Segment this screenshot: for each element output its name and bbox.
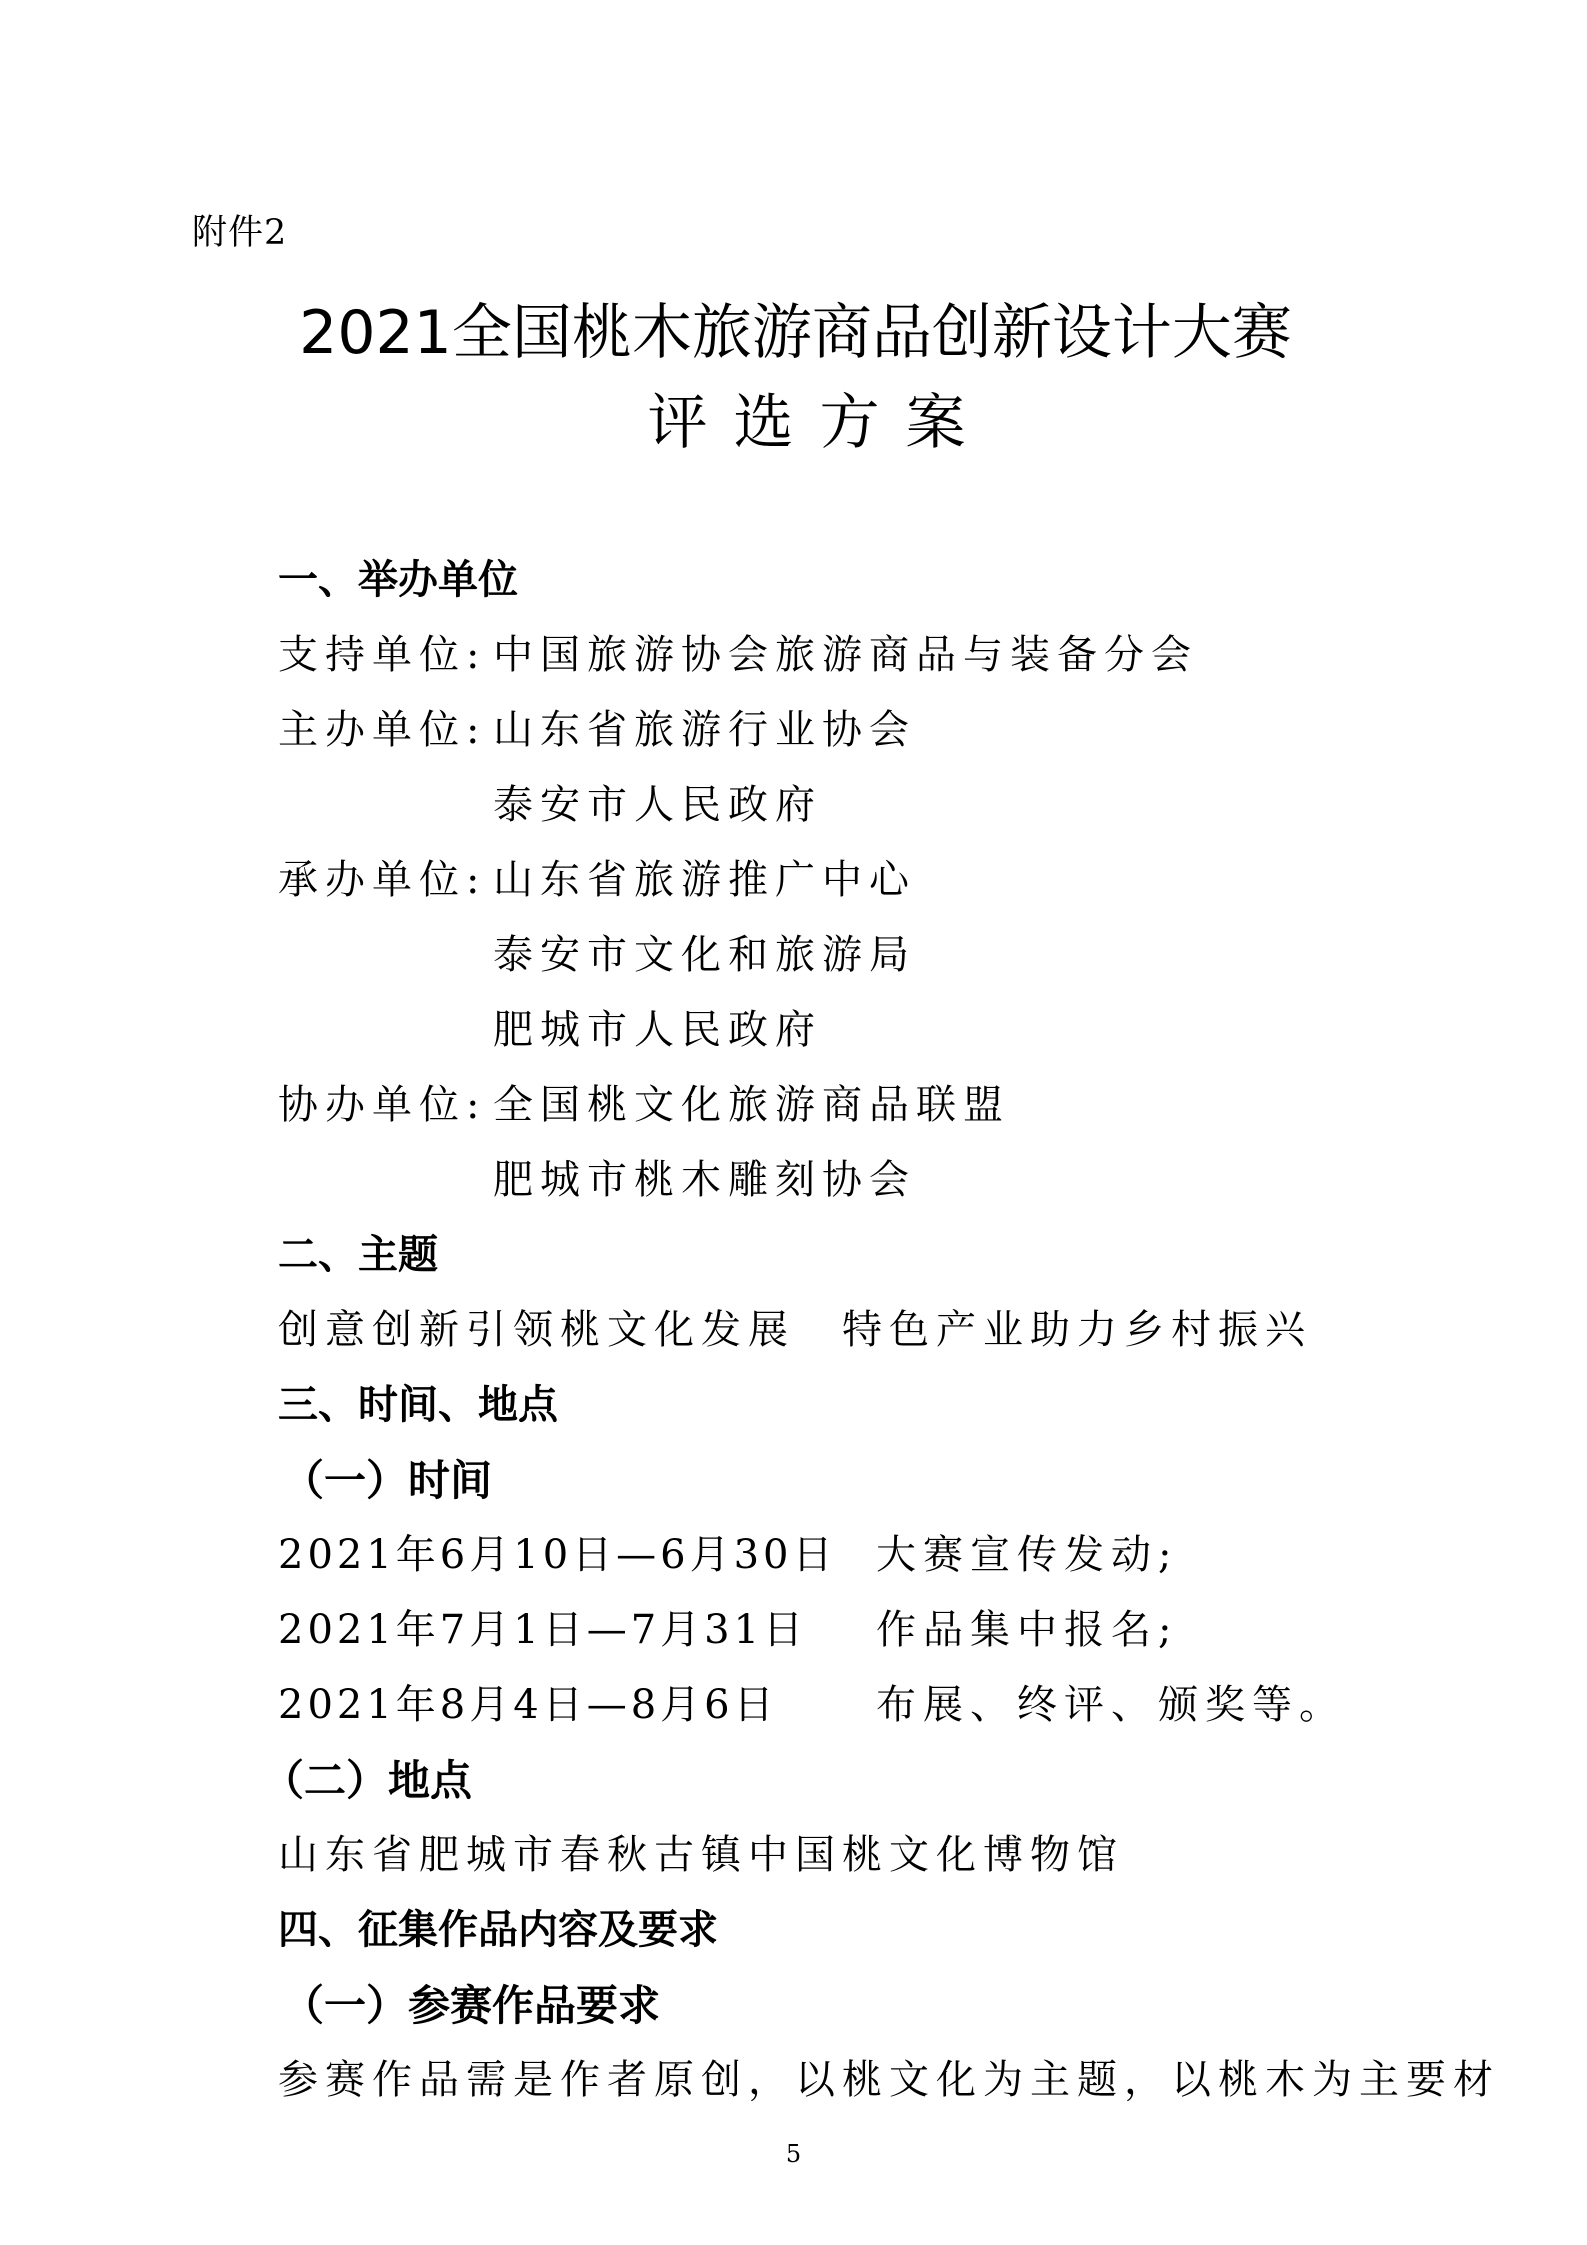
place-text: 山东省肥城市春秋古镇中国桃文化博物馆	[278, 1823, 1124, 1880]
undertake-unit-label: 承办单位:	[278, 848, 493, 905]
schedule-row: 2021年6月10日—6月30日大赛宣传发动;	[278, 1523, 1178, 1580]
assist-unit-value: 肥城市桃木雕刻协会	[493, 1148, 916, 1205]
host-unit-label: 主办单位:	[278, 698, 493, 755]
subheading-time: （一）时间	[282, 1448, 492, 1508]
undertake-unit-value: 泰安市文化和旅游局	[493, 923, 916, 980]
section-heading-theme: 二、主题	[278, 1223, 438, 1280]
schedule-event: 大赛宣传发动;	[876, 1532, 1178, 1578]
support-unit-value: 中国旅游协会旅游商品与装备分会	[493, 632, 1198, 678]
schedule-date: 2021年7月1日—7月31日	[278, 1598, 876, 1655]
support-unit-row: 支持单位:中国旅游协会旅游商品与装备分会	[278, 623, 1198, 680]
document-title: 2021全国桃木旅游商品创新设计大赛	[0, 285, 1587, 371]
page-number: 5	[0, 2140, 1587, 2168]
section-heading-works: 四、征集作品内容及要求	[278, 1898, 718, 1955]
host-unit-value: 泰安市人民政府	[493, 773, 822, 830]
assist-unit-label: 协办单位:	[278, 1073, 493, 1130]
document-subtitle: 评选方案	[0, 375, 1587, 461]
host-unit-row: 主办单位:山东省旅游行业协会	[278, 698, 916, 755]
undertake-unit-value: 肥城市人民政府	[493, 998, 822, 1055]
host-unit-value: 山东省旅游行业协会	[493, 707, 916, 753]
section-heading-time-place: 三、时间、地点	[278, 1373, 558, 1430]
subheading-work-requirements: （一）参赛作品要求	[282, 1973, 660, 2033]
schedule-row: 2021年7月1日—7月31日作品集中报名;	[278, 1598, 1178, 1655]
schedule-event: 布展、终评、颁奖等。	[876, 1682, 1346, 1728]
work-requirements-text: 参赛作品需是作者原创，以桃文化为主题，以桃木为主要材	[278, 2048, 1500, 2105]
schedule-event: 作品集中报名;	[876, 1607, 1178, 1653]
schedule-row: 2021年8月4日—8月6日布展、终评、颁奖等。	[278, 1673, 1346, 1730]
section-heading-organizers: 一、举办单位	[278, 548, 518, 605]
undertake-unit-row: 承办单位:山东省旅游推广中心	[278, 848, 916, 905]
theme-text: 创意创新引领桃文化发展 特色产业助力乡村振兴	[278, 1298, 1312, 1355]
assist-unit-row: 协办单位:全国桃文化旅游商品联盟	[278, 1073, 1010, 1130]
undertake-unit-value: 山东省旅游推广中心	[493, 857, 916, 903]
assist-unit-value: 全国桃文化旅游商品联盟	[493, 1082, 1010, 1128]
support-unit-label: 支持单位:	[278, 623, 493, 680]
document-page: 附件2 2021全国桃木旅游商品创新设计大赛 评选方案 一、举办单位 支持单位:…	[0, 0, 1587, 2245]
schedule-date: 2021年8月4日—8月6日	[278, 1673, 876, 1730]
attachment-label: 附件2	[192, 205, 287, 255]
subheading-place: （二）地点	[262, 1748, 472, 1808]
schedule-date: 2021年6月10日—6月30日	[278, 1523, 876, 1580]
